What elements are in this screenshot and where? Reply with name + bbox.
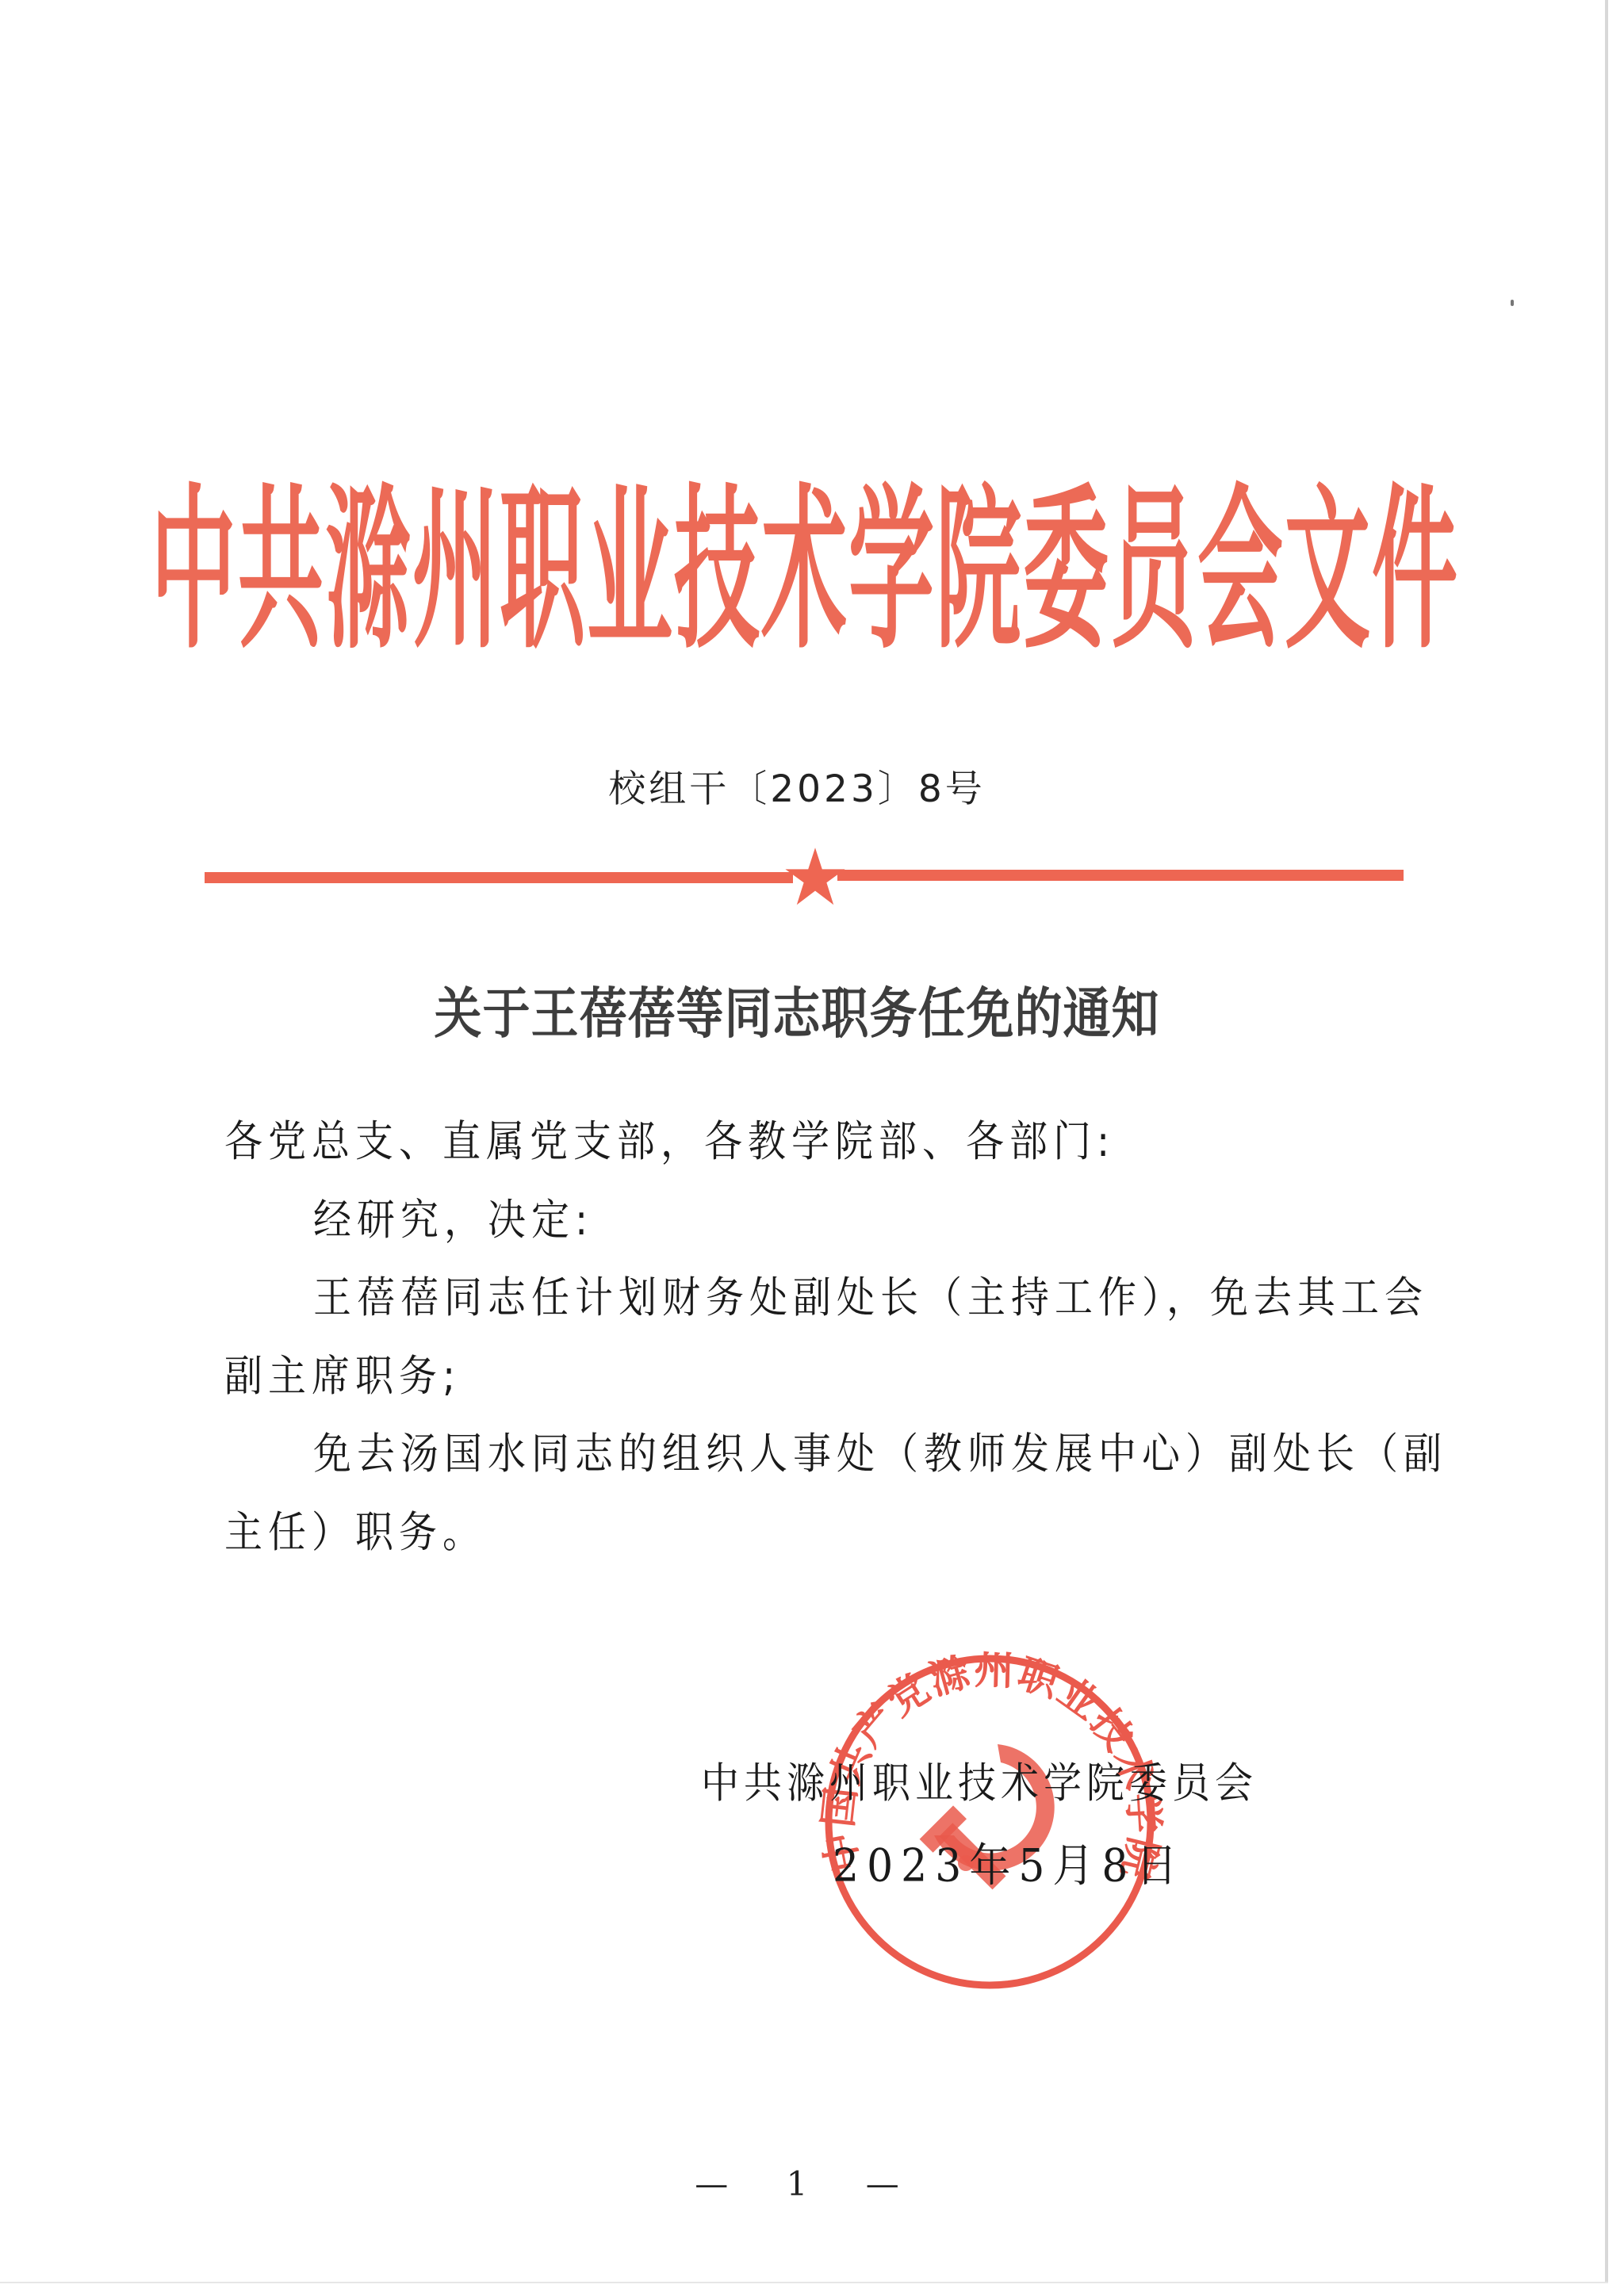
page-edge-right — [1605, 0, 1608, 2283]
separator-rule-left — [205, 872, 793, 883]
body-line-text: 副主席职务; — [224, 1345, 461, 1406]
masthead: 中共滁州职业技术学院委员会文件 — [230, 456, 1380, 654]
document-body: 各党总支、直属党支部，各教学院部、各部门: 经研究，决定: 王蓓蓓同志任计划财务… — [224, 1114, 1414, 1582]
signature-date: 2023年5月8日 — [833, 1831, 1185, 1891]
document-number: 校组干〔2023〕8号 — [0, 760, 1594, 813]
document-title-text: 关于王蓓蓓等同志职务任免的通知 — [435, 970, 1160, 1049]
body-line: 经研究，决定: — [224, 1192, 1414, 1271]
body-line-text: 主任）职务。 — [224, 1501, 486, 1563]
masthead-title: 中共滁州职业技术学院委员会文件 — [151, 429, 1459, 681]
signature-organization-text: 中共滁州职业技术学院委员会 — [701, 1750, 1258, 1810]
body-line: 主任）职务。 — [224, 1505, 1414, 1583]
body-line-text: 王蓓蓓同志任计划财务处副处长（主持工作），免去其工会 — [313, 1267, 1428, 1329]
scan-speck — [1511, 300, 1514, 306]
document-number-text: 校组干〔2023〕8号 — [608, 760, 986, 813]
body-line-text: 免去汤国水同志的组织人事处（教师发展中心）副处长（副 — [313, 1423, 1447, 1485]
body-line: 副主席职务; — [224, 1349, 1414, 1427]
separator-rule-right — [837, 870, 1404, 881]
body-line: 免去汤国水同志的组织人事处（教师发展中心）副处长（副 — [224, 1426, 1414, 1505]
signature-date-text: 2023年5月8日 — [833, 1828, 1185, 1894]
addressee-line: 各党总支、直属党支部，各教学院部、各部门: — [224, 1114, 1414, 1192]
body-line-text: 经研究，决定: — [313, 1188, 593, 1250]
addressee-text: 各党总支、直属党支部，各教学院部、各部门: — [224, 1111, 1115, 1173]
signature-organization: 中共滁州职业技术学院委员会 — [701, 1752, 1258, 1807]
official-seal: 中国共产党滁州职业技术学院委员会 — [809, 1633, 1174, 1998]
red-separator — [198, 848, 1411, 920]
page-edge-bottom — [0, 2282, 1608, 2283]
page-number: — 1 — — [0, 2164, 1618, 2203]
body-line: 王蓓蓓同志任计划财务处副处长（主持工作），免去其工会 — [224, 1270, 1414, 1349]
document-title: 关于王蓓蓓等同志职务任免的通知 — [0, 975, 1594, 1043]
